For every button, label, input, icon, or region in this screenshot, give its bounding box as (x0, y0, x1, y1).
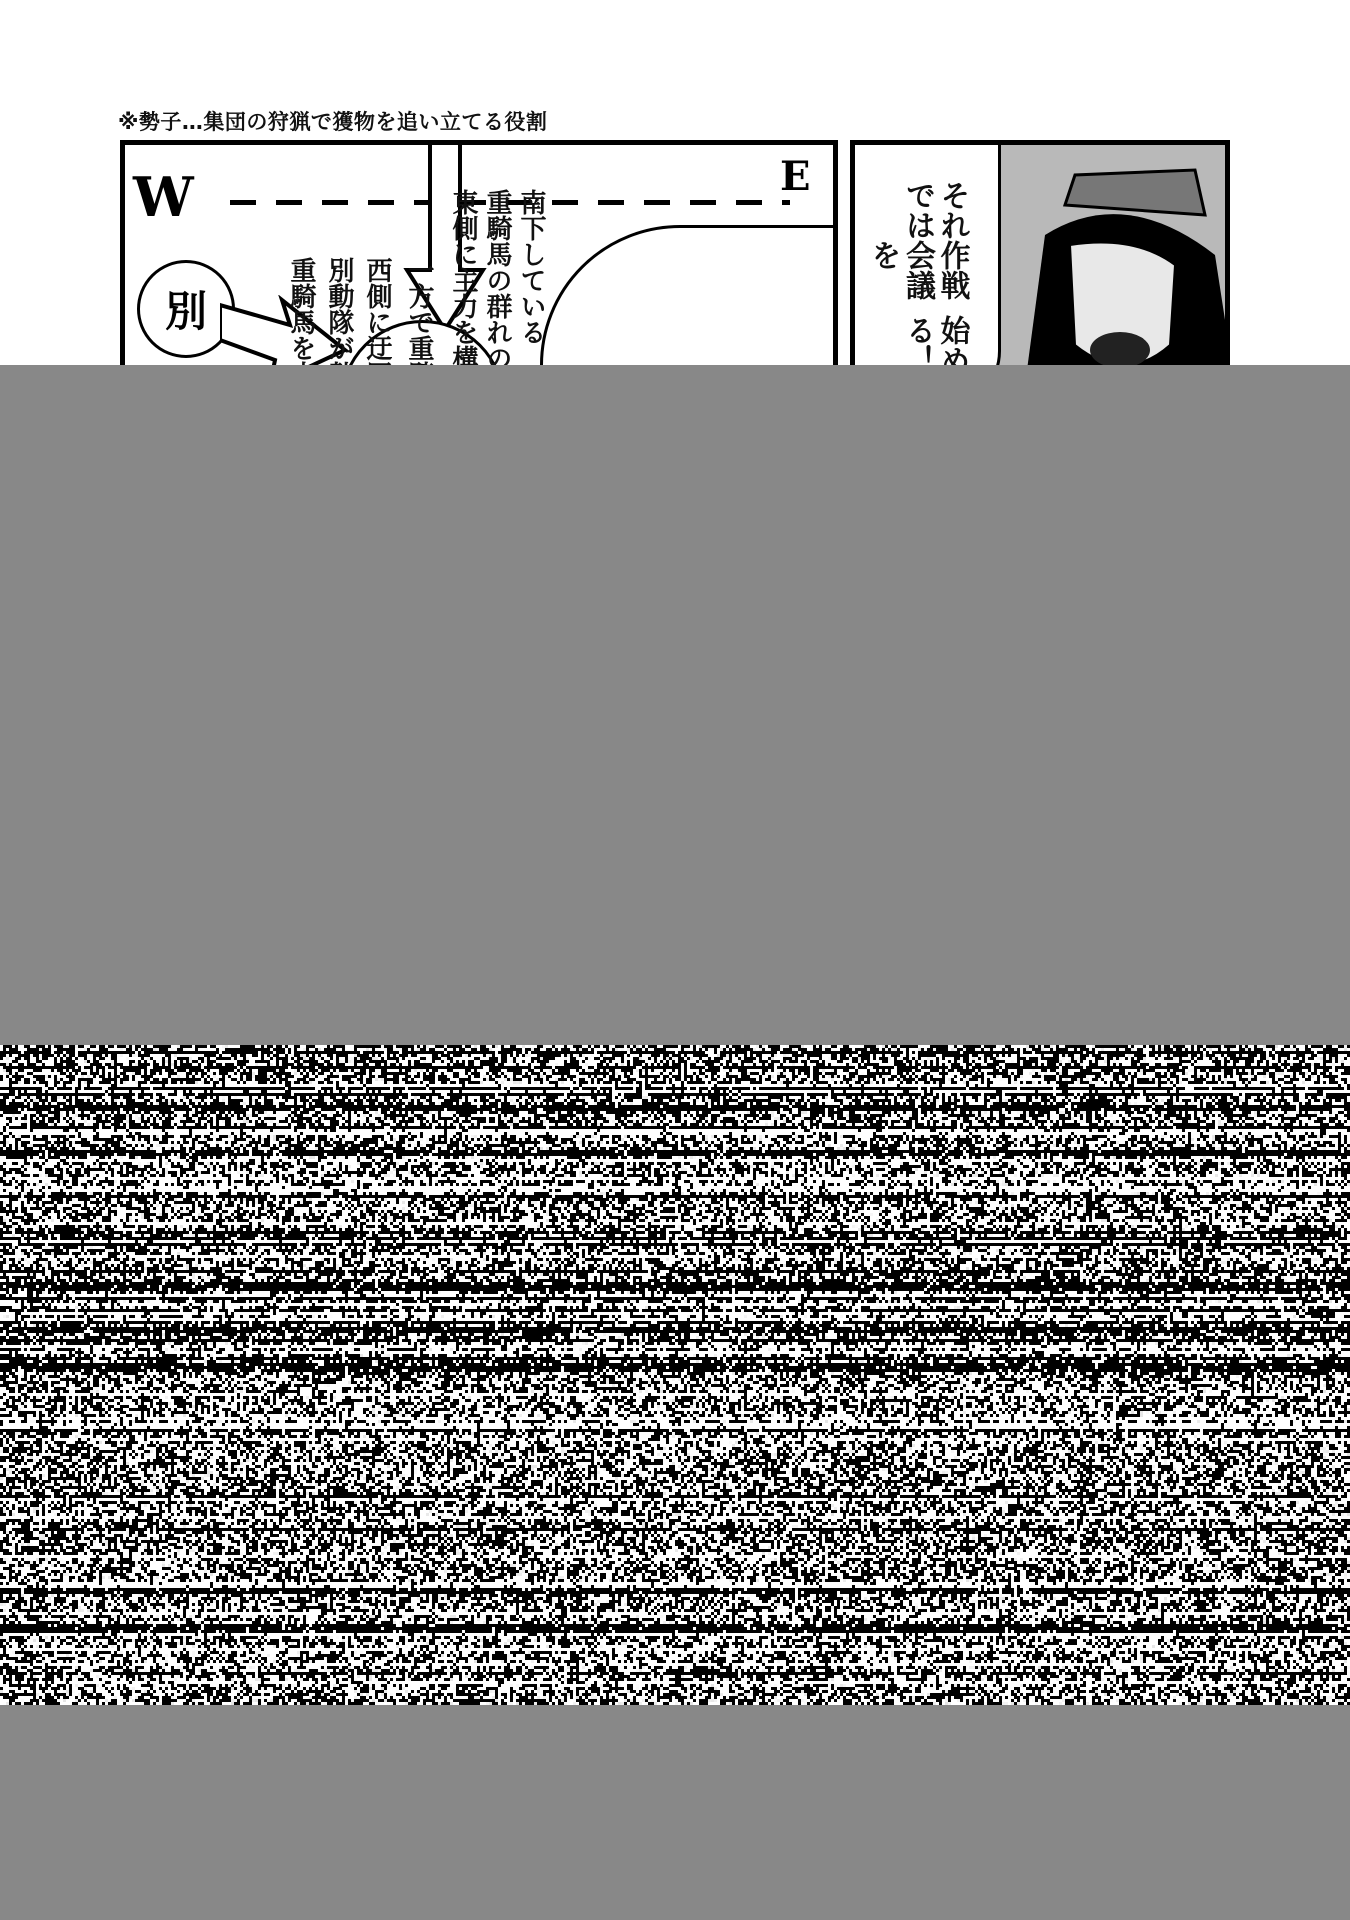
glitch-noise-region (0, 1045, 1350, 1705)
speech-line: 東側に主力を構え (447, 189, 477, 380)
diagram-panel: W E 別 本 南下している 重騎馬の群れの 東側に主力を構え 一方で重騎 西側… (120, 140, 838, 380)
officer-panel: それでは 作戦会議を 始める！ (850, 140, 1230, 380)
speech-line: 重騎馬を東 (285, 257, 315, 380)
speech-line: 一方で重騎 (403, 257, 433, 380)
speech-line: それでは (865, 180, 969, 240)
corrupted-region-bottom (0, 1705, 1350, 1920)
speech-line: 別動隊が勢 (323, 257, 353, 380)
speech-line: 重騎馬の群れの (481, 189, 511, 371)
speech-line: 作戦会議を (865, 240, 969, 315)
officer-figure (1005, 145, 1230, 380)
speech-text-start: それでは 作戦会議を 始める！ (865, 180, 969, 375)
footnote: ※勢子…集団の狩猟で獲物を追い立てる役割 (118, 106, 547, 136)
corrupted-region (0, 365, 1350, 1045)
speech-line: 西側に迂回 (361, 257, 391, 380)
speech-line: 南下している (515, 189, 545, 345)
compass-east-label: E (780, 153, 811, 200)
speech-bubble-plan (540, 225, 838, 380)
compass-west-label: W (133, 165, 194, 229)
